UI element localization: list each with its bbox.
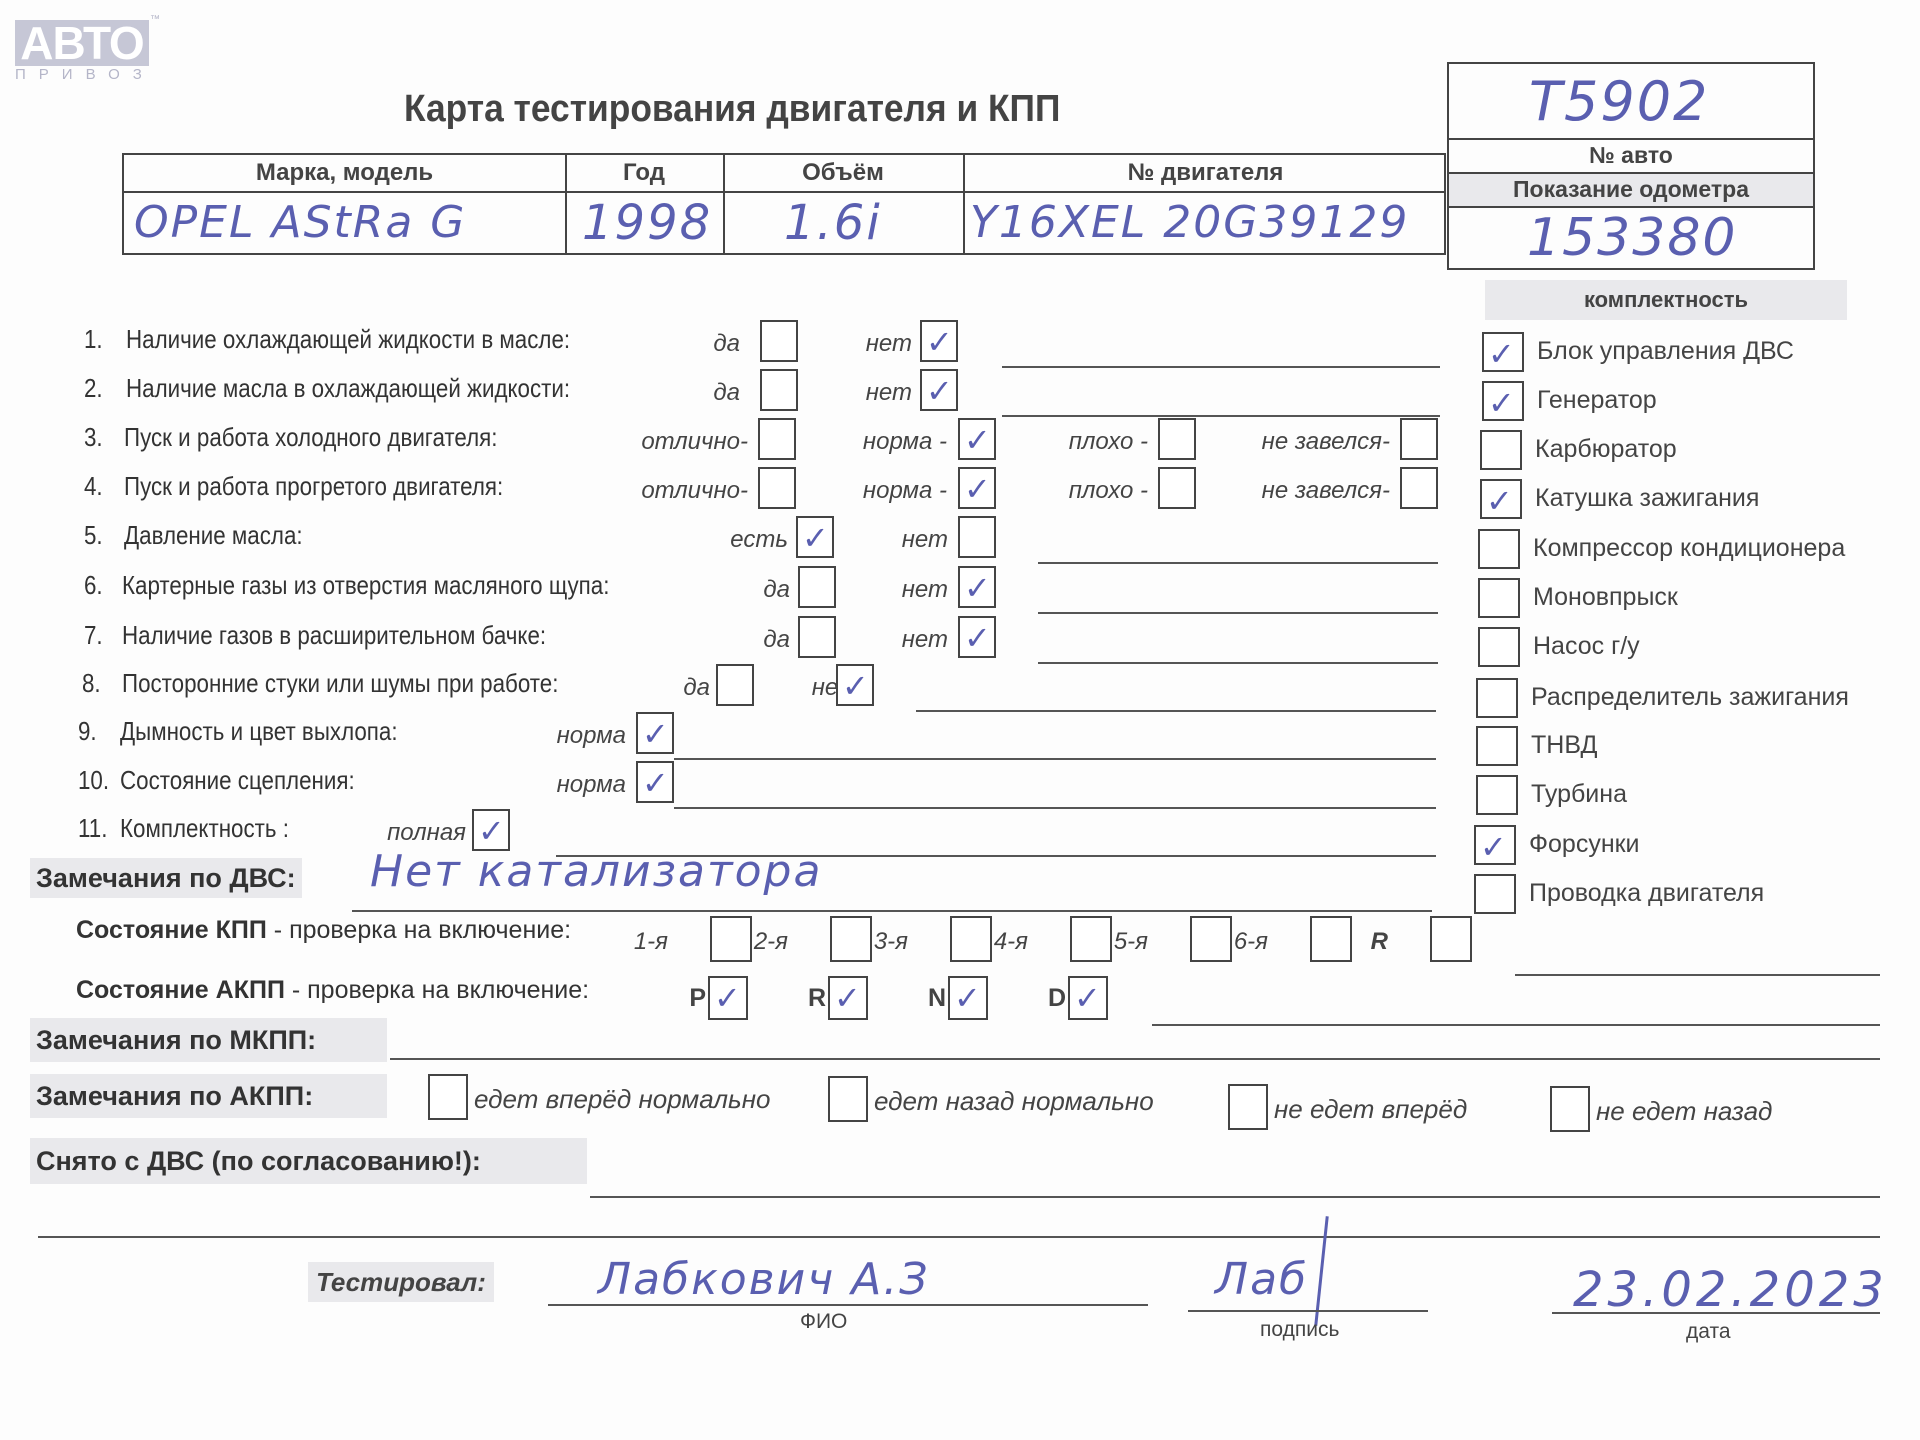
gearbox-position-checkbox[interactable]: ✓ (1068, 976, 1108, 1020)
check-option-label: нет (0, 330, 912, 358)
kit-item-label: Карбюратор (1535, 435, 1677, 464)
check-option-label: нет (0, 626, 948, 654)
header-year: Год (565, 155, 723, 191)
akpp-remark-checkbox[interactable] (1228, 1084, 1268, 1130)
engine-remarks-label: Замечания по ДВС: (30, 858, 302, 898)
signature-line (1188, 1310, 1428, 1312)
removed-field[interactable] (590, 1196, 1880, 1198)
header-engine-number: № двигателя (963, 155, 1448, 191)
kit-item-label: Компрессор кондиционера (1533, 534, 1845, 563)
gear-checkbox[interactable] (1430, 916, 1472, 962)
mkpp-remarks-label: Замечания по МКПП: (30, 1018, 387, 1062)
akpp-remark-label: не едет назад (1596, 1096, 1772, 1127)
removed-label: Снято с ДВС (по согласованию!): (30, 1138, 587, 1184)
tester-name-field[interactable]: Лабкович А.З (598, 1254, 929, 1305)
kit-item-checkbox[interactable]: ✓ (1474, 825, 1516, 865)
kit-item-label: Моновпрыск (1533, 583, 1678, 612)
box-divider (1449, 138, 1813, 140)
check-option-label: полная (0, 819, 466, 847)
removed-extra-line[interactable] (38, 1236, 1880, 1238)
check-comment-line[interactable] (674, 758, 1436, 760)
kit-item-checkbox[interactable] (1476, 775, 1518, 815)
auto-gearbox-line (1152, 1024, 1880, 1026)
check-option-label: не завелся- (0, 477, 1390, 505)
check-option-checkbox[interactable]: ✓ (920, 369, 958, 411)
check-option-label: нет (0, 526, 948, 554)
car-number-field[interactable]: T5902 (1529, 70, 1709, 133)
kit-item-checkbox[interactable] (1478, 529, 1520, 569)
kit-item-label: ТНВД (1531, 731, 1597, 760)
vehicle-table: Марка, модель Год Объём № двигателя OPEL… (122, 153, 1446, 255)
check-mark-icon: ✓ (1488, 336, 1515, 372)
gearbox-position-label: D (0, 984, 1066, 1013)
akpp-remarks-label: Замечания по АКПП: (30, 1074, 387, 1118)
akpp-remark-label: едет вперёд нормально (474, 1084, 770, 1115)
mkpp-remarks-field[interactable] (390, 1058, 1880, 1060)
odometer-label: Показание одометра (1449, 176, 1813, 203)
kit-item-label: Форсунки (1529, 830, 1640, 859)
akpp-remark-label: едет назад нормально (874, 1086, 1154, 1117)
kit-item-checkbox[interactable]: ✓ (1482, 332, 1524, 372)
engine-remarks-line (352, 910, 1432, 912)
page-title: Карта тестирования двигателя и КПП (404, 88, 1060, 131)
kit-item-checkbox[interactable] (1478, 627, 1520, 667)
check-mark-icon: ✓ (926, 324, 953, 360)
car-info-box: T5902 № авто Показание одометра 153380 (1447, 62, 1815, 270)
check-comment-line[interactable] (1038, 612, 1438, 614)
tester-name-caption: ФИО (800, 1310, 847, 1334)
make-model-field[interactable]: OPEL AStRa G (134, 193, 466, 253)
odometer-field[interactable]: 153380 (1527, 208, 1738, 268)
check-option-checkbox[interactable]: ✓ (836, 664, 874, 706)
akpp-remark-checkbox[interactable] (828, 1076, 868, 1122)
signature-caption: подпись (1260, 1318, 1339, 1342)
check-option-checkbox[interactable]: ✓ (636, 712, 674, 754)
signature-field[interactable]: Лаб (1215, 1254, 1308, 1305)
check-mark-icon: ✓ (642, 716, 669, 752)
engine-number-field[interactable]: Y16XEL 20G39129 (970, 193, 1409, 253)
tester-name-line (548, 1304, 1148, 1306)
check-comment-line[interactable] (1038, 562, 1438, 564)
check-mark-icon: ✓ (1486, 483, 1513, 519)
check-option-label: нет (0, 576, 948, 604)
tester-label: Тестировал: (308, 1262, 494, 1302)
gear-label: R (0, 928, 1388, 956)
car-number-label: № авто (1449, 142, 1813, 169)
check-option-checkbox[interactable] (958, 516, 996, 558)
check-option-label: нет (0, 674, 858, 702)
check-option-label: норма (0, 722, 626, 750)
check-comment-line[interactable] (916, 710, 1436, 712)
check-option-checkbox[interactable]: ✓ (920, 320, 958, 362)
check-option-checkbox[interactable]: ✓ (636, 761, 674, 803)
kit-header: комплектность (1485, 280, 1847, 320)
check-mark-icon: ✓ (642, 765, 669, 801)
kit-item-checkbox[interactable] (1474, 874, 1516, 914)
kit-item-label: Блок управления ДВС (1537, 337, 1794, 366)
date-field[interactable]: 23.02.2023 (1573, 1262, 1888, 1318)
header-volume: Объём (723, 155, 963, 191)
check-mark-icon: ✓ (1488, 385, 1515, 421)
check-option-checkbox[interactable] (1400, 418, 1438, 460)
logo-main-text: АВТО (15, 16, 149, 70)
volume-field[interactable]: 1.6i (784, 193, 882, 253)
logo-trademark: ™ (150, 14, 160, 25)
kit-item-checkbox[interactable] (1476, 726, 1518, 766)
check-mark-icon: ✓ (1074, 980, 1101, 1016)
check-mark-icon: ✓ (1480, 829, 1507, 865)
check-option-label: норма (0, 771, 626, 799)
kit-item-label: Турбина (1531, 780, 1627, 809)
check-mark-icon: ✓ (842, 668, 869, 704)
check-mark-icon: ✓ (964, 570, 991, 606)
check-mark-icon: ✓ (926, 373, 953, 409)
check-option-checkbox[interactable] (1400, 467, 1438, 509)
kit-item-checkbox[interactable]: ✓ (1482, 381, 1524, 421)
kit-item-label: Насос г/у (1533, 632, 1640, 661)
kit-item-label: Генератор (1537, 386, 1657, 415)
check-comment-line[interactable] (1002, 366, 1440, 368)
date-line (1552, 1312, 1880, 1314)
check-mark-icon: ✓ (478, 813, 505, 849)
check-mark-icon: ✓ (964, 620, 991, 656)
check-comment-line[interactable] (1002, 415, 1440, 417)
check-option-checkbox[interactable]: ✓ (958, 616, 996, 658)
akpp-remark-checkbox[interactable] (428, 1074, 468, 1120)
check-option-checkbox[interactable]: ✓ (472, 809, 510, 851)
manual-gearbox-line (1515, 974, 1880, 976)
kit-item-checkbox[interactable]: ✓ (1480, 479, 1522, 519)
akpp-remark-checkbox[interactable] (1550, 1086, 1590, 1132)
check-option-label: нет (0, 379, 912, 407)
kit-item-checkbox[interactable] (1478, 578, 1520, 618)
kit-item-label: Катушка зажигания (1535, 484, 1759, 513)
akpp-remark-label: не едет вперёд (1274, 1094, 1467, 1125)
check-option-checkbox[interactable]: ✓ (958, 566, 996, 608)
logo-sub-text: ПРИВОЗ (15, 66, 155, 83)
engine-remarks-field[interactable]: Нет катализатора (370, 846, 822, 897)
kit-item-checkbox[interactable] (1476, 678, 1518, 718)
check-option-label: не завелся- (0, 428, 1390, 456)
check-comment-line[interactable] (1038, 662, 1438, 664)
year-field[interactable]: 1998 (582, 193, 712, 253)
check-comment-line[interactable] (674, 807, 1436, 809)
kit-item-label: Распределитель зажигания (1531, 683, 1849, 712)
header-make-model: Марка, модель (124, 155, 565, 191)
kit-item-checkbox[interactable] (1480, 430, 1522, 470)
kit-item-label: Проводка двигателя (1529, 879, 1764, 908)
date-caption: дата (1686, 1320, 1731, 1344)
